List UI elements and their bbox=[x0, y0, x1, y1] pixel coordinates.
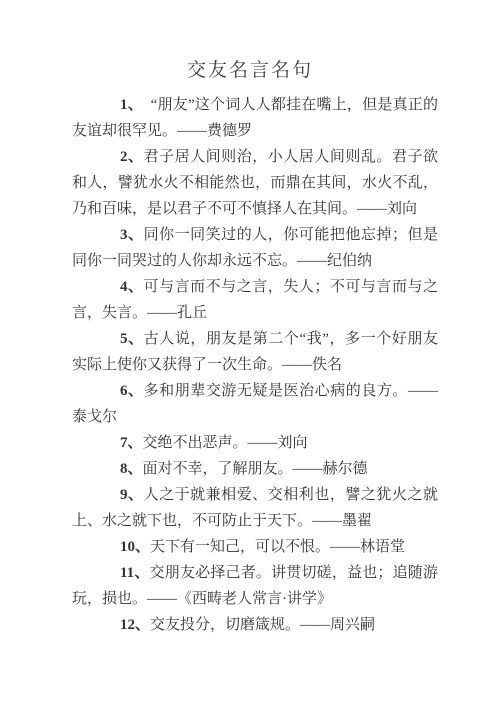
quote-number: 6、 bbox=[120, 383, 144, 399]
quote-number: 2、 bbox=[120, 149, 144, 165]
quote-paragraph: 8、面对不幸，了解朋友。——赫尔德 bbox=[72, 456, 438, 482]
quote-number: 1、 bbox=[120, 97, 135, 113]
document-title: 交友名言名句 bbox=[0, 56, 500, 86]
quote-paragraph: 3、同你一同笑过的人，你可能把他忘掉；但是同你一同哭过的人你却永远不忘。——纪伯… bbox=[72, 222, 438, 274]
quote-text: 交绝不出恶声。——刘向 bbox=[143, 435, 308, 451]
quote-paragraph: 5、古人说，朋友是第二个“我”，多一个好朋友实际上使你又获得了一次生命。——佚名 bbox=[72, 326, 438, 378]
quote-number: 5、 bbox=[120, 331, 144, 347]
document-page: 交友名言名句 1、 “朋友”这个词人人都挂在嘴上，但是真正的友谊却很罕见。——费… bbox=[0, 0, 500, 708]
quote-number: 12、 bbox=[120, 617, 150, 633]
quote-paragraph: 10、天下有一知己，可以不恨。——林语堂 bbox=[72, 534, 438, 560]
quote-paragraph: 2、君子居人间则治，小人居人间则乱。君子欲和人，譬犹水火不相能然也，而鼎在其间，… bbox=[72, 144, 438, 222]
quote-paragraph: 11、交朋友必择己者。讲贯切磋，益也；追随游玩，损也。——《西畴老人常言·讲学》 bbox=[72, 560, 438, 612]
quote-number: 11、 bbox=[120, 565, 150, 581]
quote-number: 9、 bbox=[120, 487, 144, 503]
quote-paragraph: 4、可与言而不与之言，失人；不可与言而与之言，失言。——孔丘 bbox=[72, 274, 438, 326]
quote-number: 10、 bbox=[120, 539, 150, 555]
quote-paragraph: 1、 “朋友”这个词人人都挂在嘴上，但是真正的友谊却很罕见。——费德罗 bbox=[72, 92, 438, 144]
quote-text: 面对不幸，了解朋友。——赫尔德 bbox=[143, 461, 368, 477]
quote-list: 1、 “朋友”这个词人人都挂在嘴上，但是真正的友谊却很罕见。——费德罗 2、君子… bbox=[72, 92, 438, 638]
quote-paragraph: 7、交绝不出恶声。——刘向 bbox=[72, 430, 438, 456]
quote-paragraph: 6、多和朋辈交游无疑是医治心病的良方。——泰戈尔 bbox=[72, 378, 438, 430]
quote-paragraph: 9、人之于就兼相爱、交相利也，譬之犹火之就上、水之就下也，不可防止于天下。——墨… bbox=[72, 482, 438, 534]
quote-number: 3、 bbox=[120, 227, 144, 243]
quote-number: 8、 bbox=[120, 461, 143, 477]
quote-number: 7、 bbox=[120, 435, 143, 451]
quote-paragraph: 12、交友投分，切磨箴规。——周兴嗣 bbox=[72, 612, 438, 638]
quote-text: 天下有一知己，可以不恨。——林语堂 bbox=[150, 539, 405, 555]
quote-number: 4、 bbox=[120, 279, 144, 295]
quote-text: 交友投分，切磨箴规。——周兴嗣 bbox=[150, 617, 375, 633]
